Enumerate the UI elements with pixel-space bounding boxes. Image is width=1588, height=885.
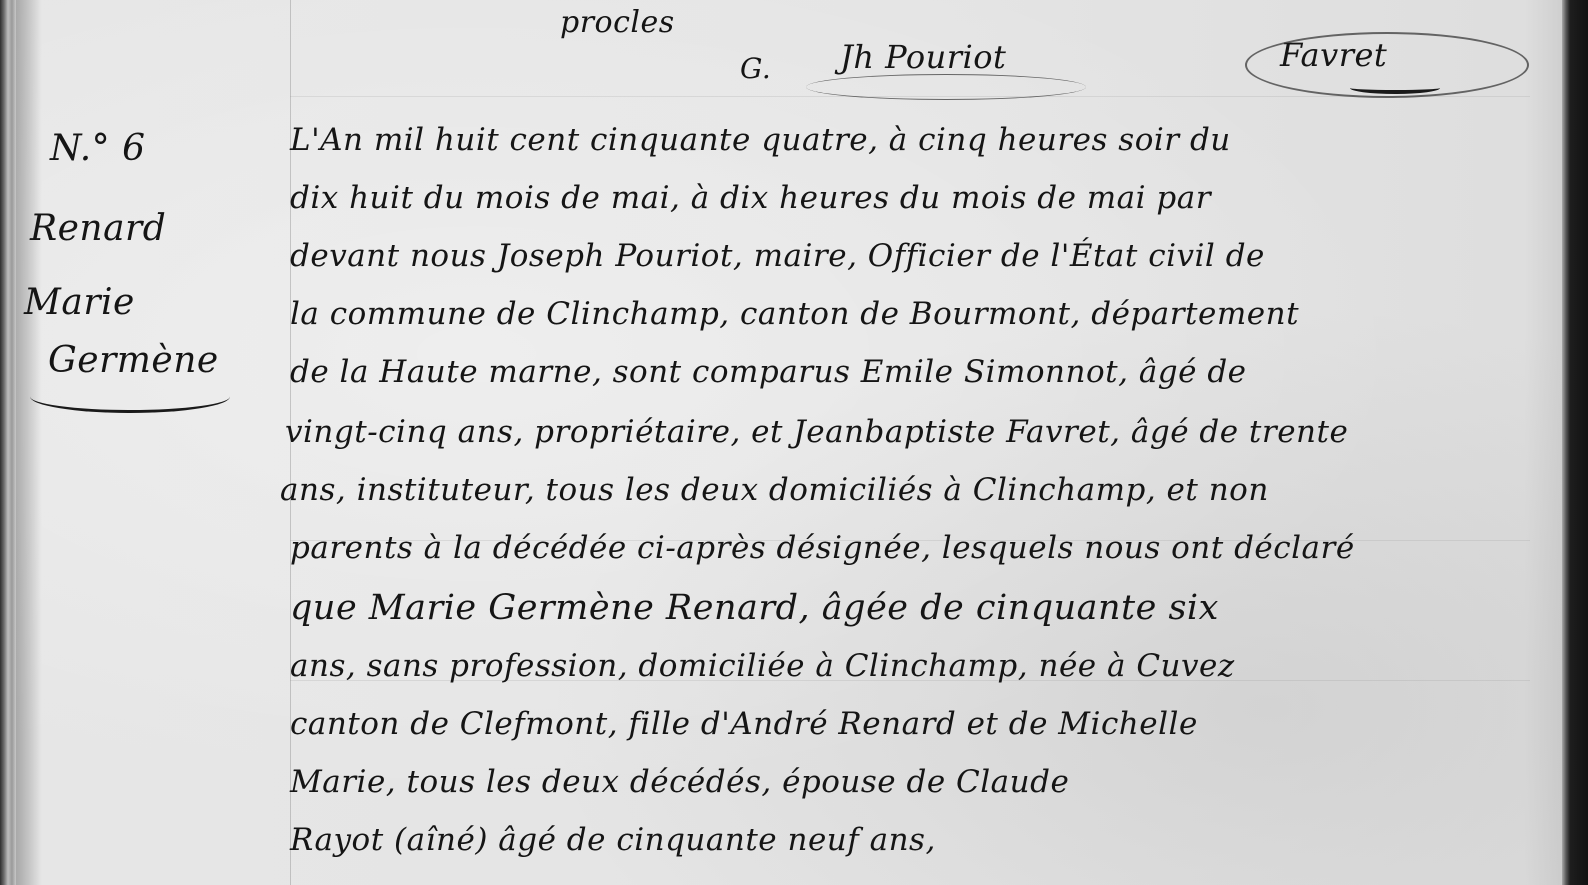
signature-flourish <box>806 74 1086 100</box>
body-line-11: canton de Clefmont, fille d'André Renard… <box>290 706 1198 742</box>
body-line-3: devant nous Joseph Pouriot, maire, Offic… <box>290 238 1265 274</box>
body-line-8: parents à la décédée ci-après désignée, … <box>290 530 1355 566</box>
stray-word: procles <box>560 5 675 40</box>
signature-underline <box>1350 82 1440 94</box>
margin-surname: Renard <box>30 208 166 249</box>
body-line-5: de la Haute marne, sont comparus Emile S… <box>290 354 1247 390</box>
binding-shadow <box>16 0 42 885</box>
margin-given-name-1: Marie <box>24 282 135 323</box>
body-line-4: la commune de Clinchamp, canton de Bourm… <box>290 296 1299 332</box>
body-line-12: Marie, tous les deux décédés, épouse de … <box>290 764 1069 800</box>
margin-given-name-2: Germène <box>48 340 219 381</box>
body-line-6: vingt-cinq ans, propriétaire, et Jeanbap… <box>285 414 1348 450</box>
record-number: N.° 6 <box>50 128 146 169</box>
body-line-1: L'An mil huit cent cinquante quatre, à c… <box>290 122 1231 158</box>
body-line-13: Rayot (aîné) âgé de cinquante neuf ans, <box>290 822 936 858</box>
signature-mayor: Jh Pouriot <box>840 38 1006 76</box>
book-binding-edge <box>0 0 16 885</box>
body-line-7: ans, instituteur, tous les deux domicili… <box>280 472 1269 508</box>
register-page: procles G. Jh Pouriot Favret N.° 6 Renar… <box>0 0 1588 885</box>
body-line-9: que Marie Germène Renard, âgée de cinqua… <box>290 588 1219 628</box>
body-line-2: dix huit du mois de mai, à dix heures du… <box>290 180 1211 216</box>
body-line-10: ans, sans profession, domiciliée à Clinc… <box>290 648 1235 684</box>
page-right-edge <box>1562 0 1588 885</box>
stray-initial: G. <box>740 52 771 85</box>
margin-flourish <box>30 380 230 413</box>
